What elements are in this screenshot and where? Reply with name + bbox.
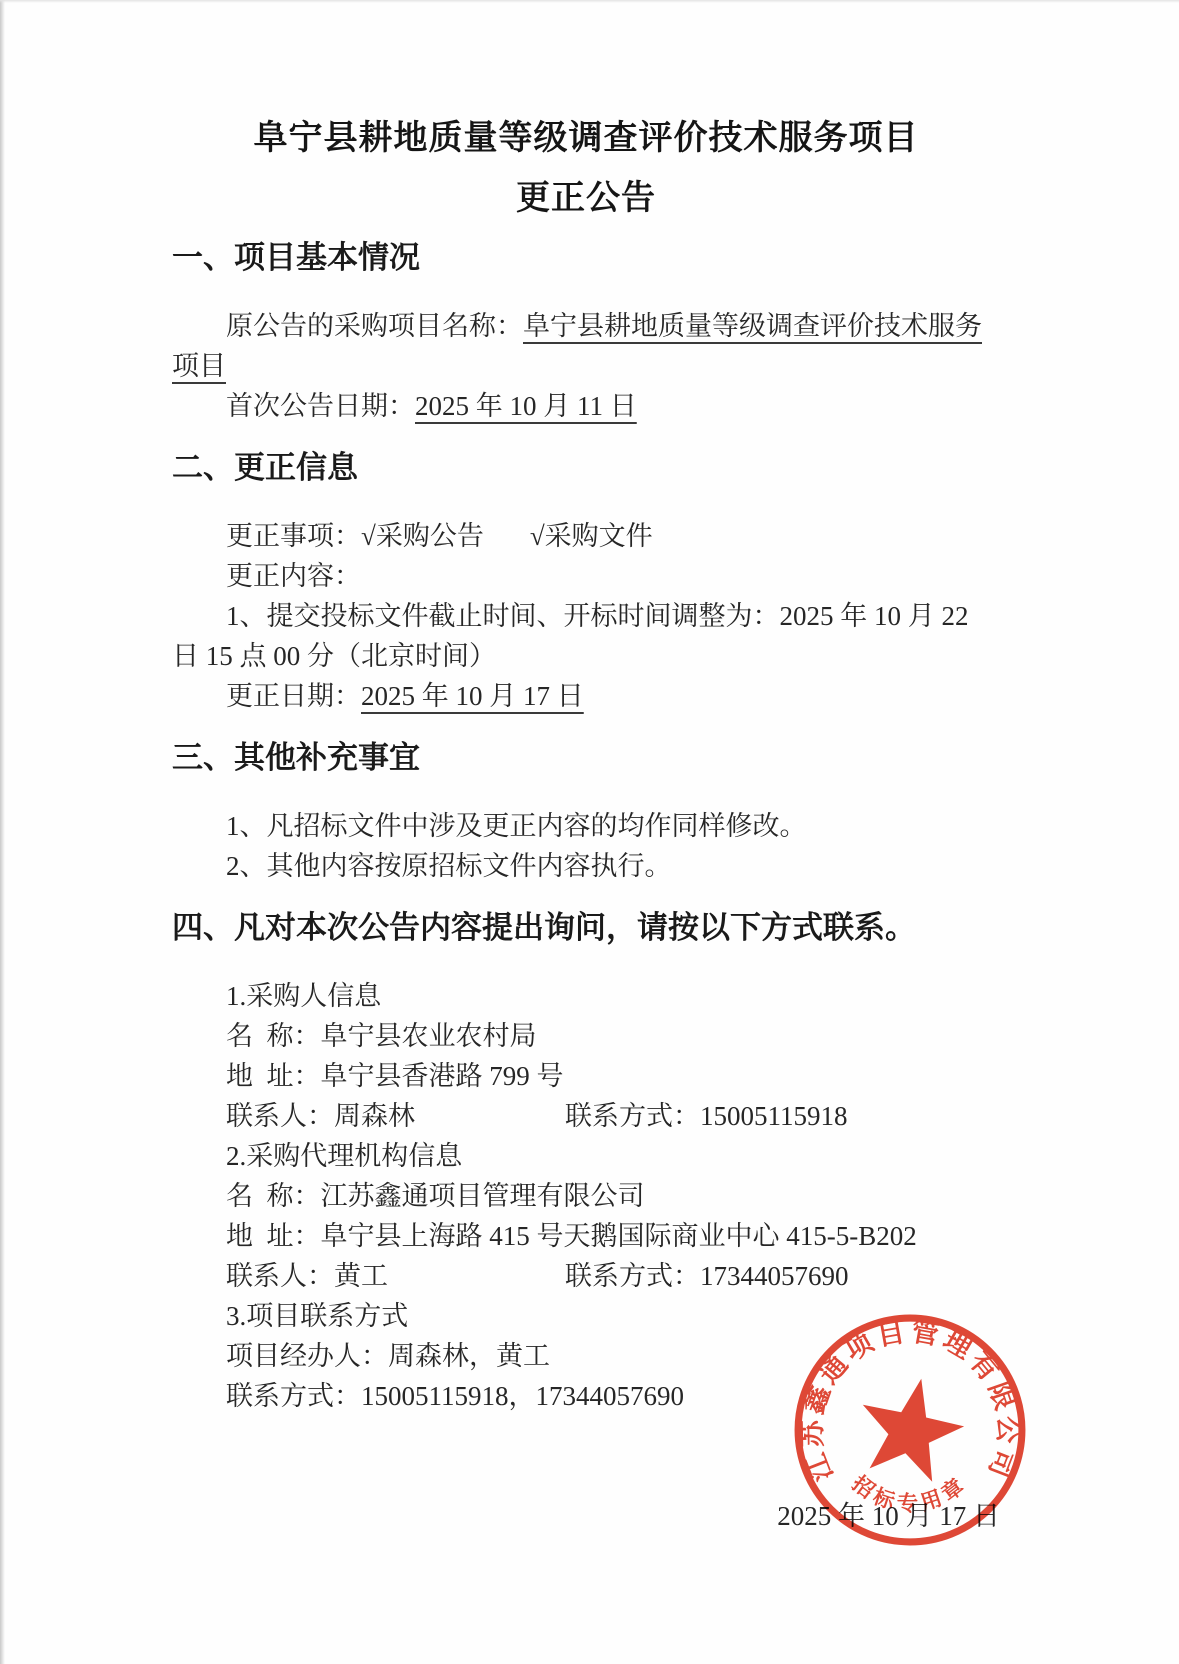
correction-content-label: 更正内容： (172, 556, 1000, 596)
project-handlers-line: 项目经办人：周森林，黄工 (172, 1336, 1000, 1376)
agency-contact-line: 联系人：黄工联系方式：17344057690 (172, 1256, 1000, 1296)
section-1-body: 原公告的采购项目名称：阜宁县耕地质量等级调查评价技术服务 项目 首次公告日期：2… (172, 306, 1000, 426)
section-1-heading: 一、项目基本情况 (172, 236, 1000, 280)
scanned-document-page: 阜宁县耕地质量等级调查评价技术服务项目 更正公告 一、项目基本情况 原公告的采购… (0, 0, 1179, 1664)
document-content: 阜宁县耕地质量等级调查评价技术服务项目 更正公告 一、项目基本情况 原公告的采购… (172, 0, 1000, 1436)
agency-contact-phone: 联系方式：17344057690 (565, 1261, 849, 1291)
check-item-procurement-announcement: √采购公告 (361, 521, 484, 551)
section-3-body: 1、凡招标文件中涉及更正内容的均作同样修改。 2、其他内容按原招标文件内容执行。 (172, 806, 1000, 886)
correction-items-line: 更正事项：√采购公告√采购文件 (172, 516, 1000, 556)
section-2-heading: 二、更正信息 (172, 446, 1000, 490)
original-project-name-value: 阜宁县耕地质量等级调查评价技术服务 (523, 311, 982, 341)
first-announcement-date-line: 首次公告日期：2025 年 10 月 11 日 (172, 386, 1000, 426)
purchaser-name-line: 名 称：阜宁县农业农村局 (172, 1016, 1000, 1056)
document-title: 阜宁县耕地质量等级调查评价技术服务项目 更正公告 (172, 112, 1000, 224)
purchaser-info-heading: 1.采购人信息 (172, 976, 1000, 1016)
original-project-name-label: 原公告的采购项目名称： (226, 311, 523, 341)
section-2-body: 更正事项：√采购公告√采购文件 更正内容： 1、提交投标文件截止时间、开标时间调… (172, 516, 1000, 716)
purchaser-contact-phone: 联系方式：15005115918 (565, 1101, 848, 1131)
purchaser-address-line: 地 址：阜宁县香港路 799 号 (172, 1056, 1000, 1096)
project-phones-line: 联系方式：15005115918，17344057690 (172, 1376, 1000, 1416)
correction-content-line-1: 1、提交投标文件截止时间、开标时间调整为：2025 年 10 月 22 (172, 596, 1000, 636)
footer-date: 2025 年 10 月 17 日 (777, 1494, 1000, 1533)
agency-info-heading: 2.采购代理机构信息 (172, 1136, 1000, 1176)
section-4-body: 1.采购人信息 名 称：阜宁县农业农村局 地 址：阜宁县香港路 799 号 联系… (172, 976, 1000, 1416)
correction-content-line-2: 日 15 点 00 分（北京时间） (172, 636, 1000, 676)
agency-contact-person: 联系人：黄工 (226, 1256, 565, 1296)
correction-items-label: 更正事项： (226, 521, 361, 551)
correction-date-label: 更正日期： (226, 681, 361, 711)
title-line-2: 更正公告 (172, 172, 1000, 224)
purchaser-contact-line: 联系人：周森林联系方式：15005115918 (172, 1096, 1000, 1136)
title-line-1: 阜宁县耕地质量等级调查评价技术服务项目 (172, 112, 1000, 164)
supplement-item-1: 1、凡招标文件中涉及更正内容的均作同样修改。 (172, 806, 1000, 846)
agency-address-line: 地 址：阜宁县上海路 415 号天鹅国际商业中心 415-5-B202 (172, 1216, 1000, 1256)
first-announcement-date-label: 首次公告日期： (226, 391, 415, 421)
supplement-item-2: 2、其他内容按原招标文件内容执行。 (172, 846, 1000, 886)
first-announcement-date-value: 2025 年 10 月 11 日 (415, 391, 637, 421)
purchaser-contact-person: 联系人：周森林 (226, 1096, 565, 1136)
project-contact-heading: 3.项目联系方式 (172, 1296, 1000, 1336)
original-project-name-line: 原公告的采购项目名称：阜宁县耕地质量等级调查评价技术服务 (172, 306, 1000, 346)
original-project-name-continuation: 项目 (172, 346, 1000, 386)
section-3-heading: 三、其他补充事宜 (172, 736, 1000, 780)
correction-date-value: 2025 年 10 月 17 日 (361, 681, 584, 711)
agency-name-line: 名 称：江苏鑫通项目管理有限公司 (172, 1176, 1000, 1216)
check-item-procurement-document: √采购文件 (530, 521, 653, 551)
correction-date-line: 更正日期：2025 年 10 月 17 日 (172, 676, 1000, 716)
section-4-heading: 四、凡对本次公告内容提出询问，请按以下方式联系。 (172, 906, 1000, 950)
